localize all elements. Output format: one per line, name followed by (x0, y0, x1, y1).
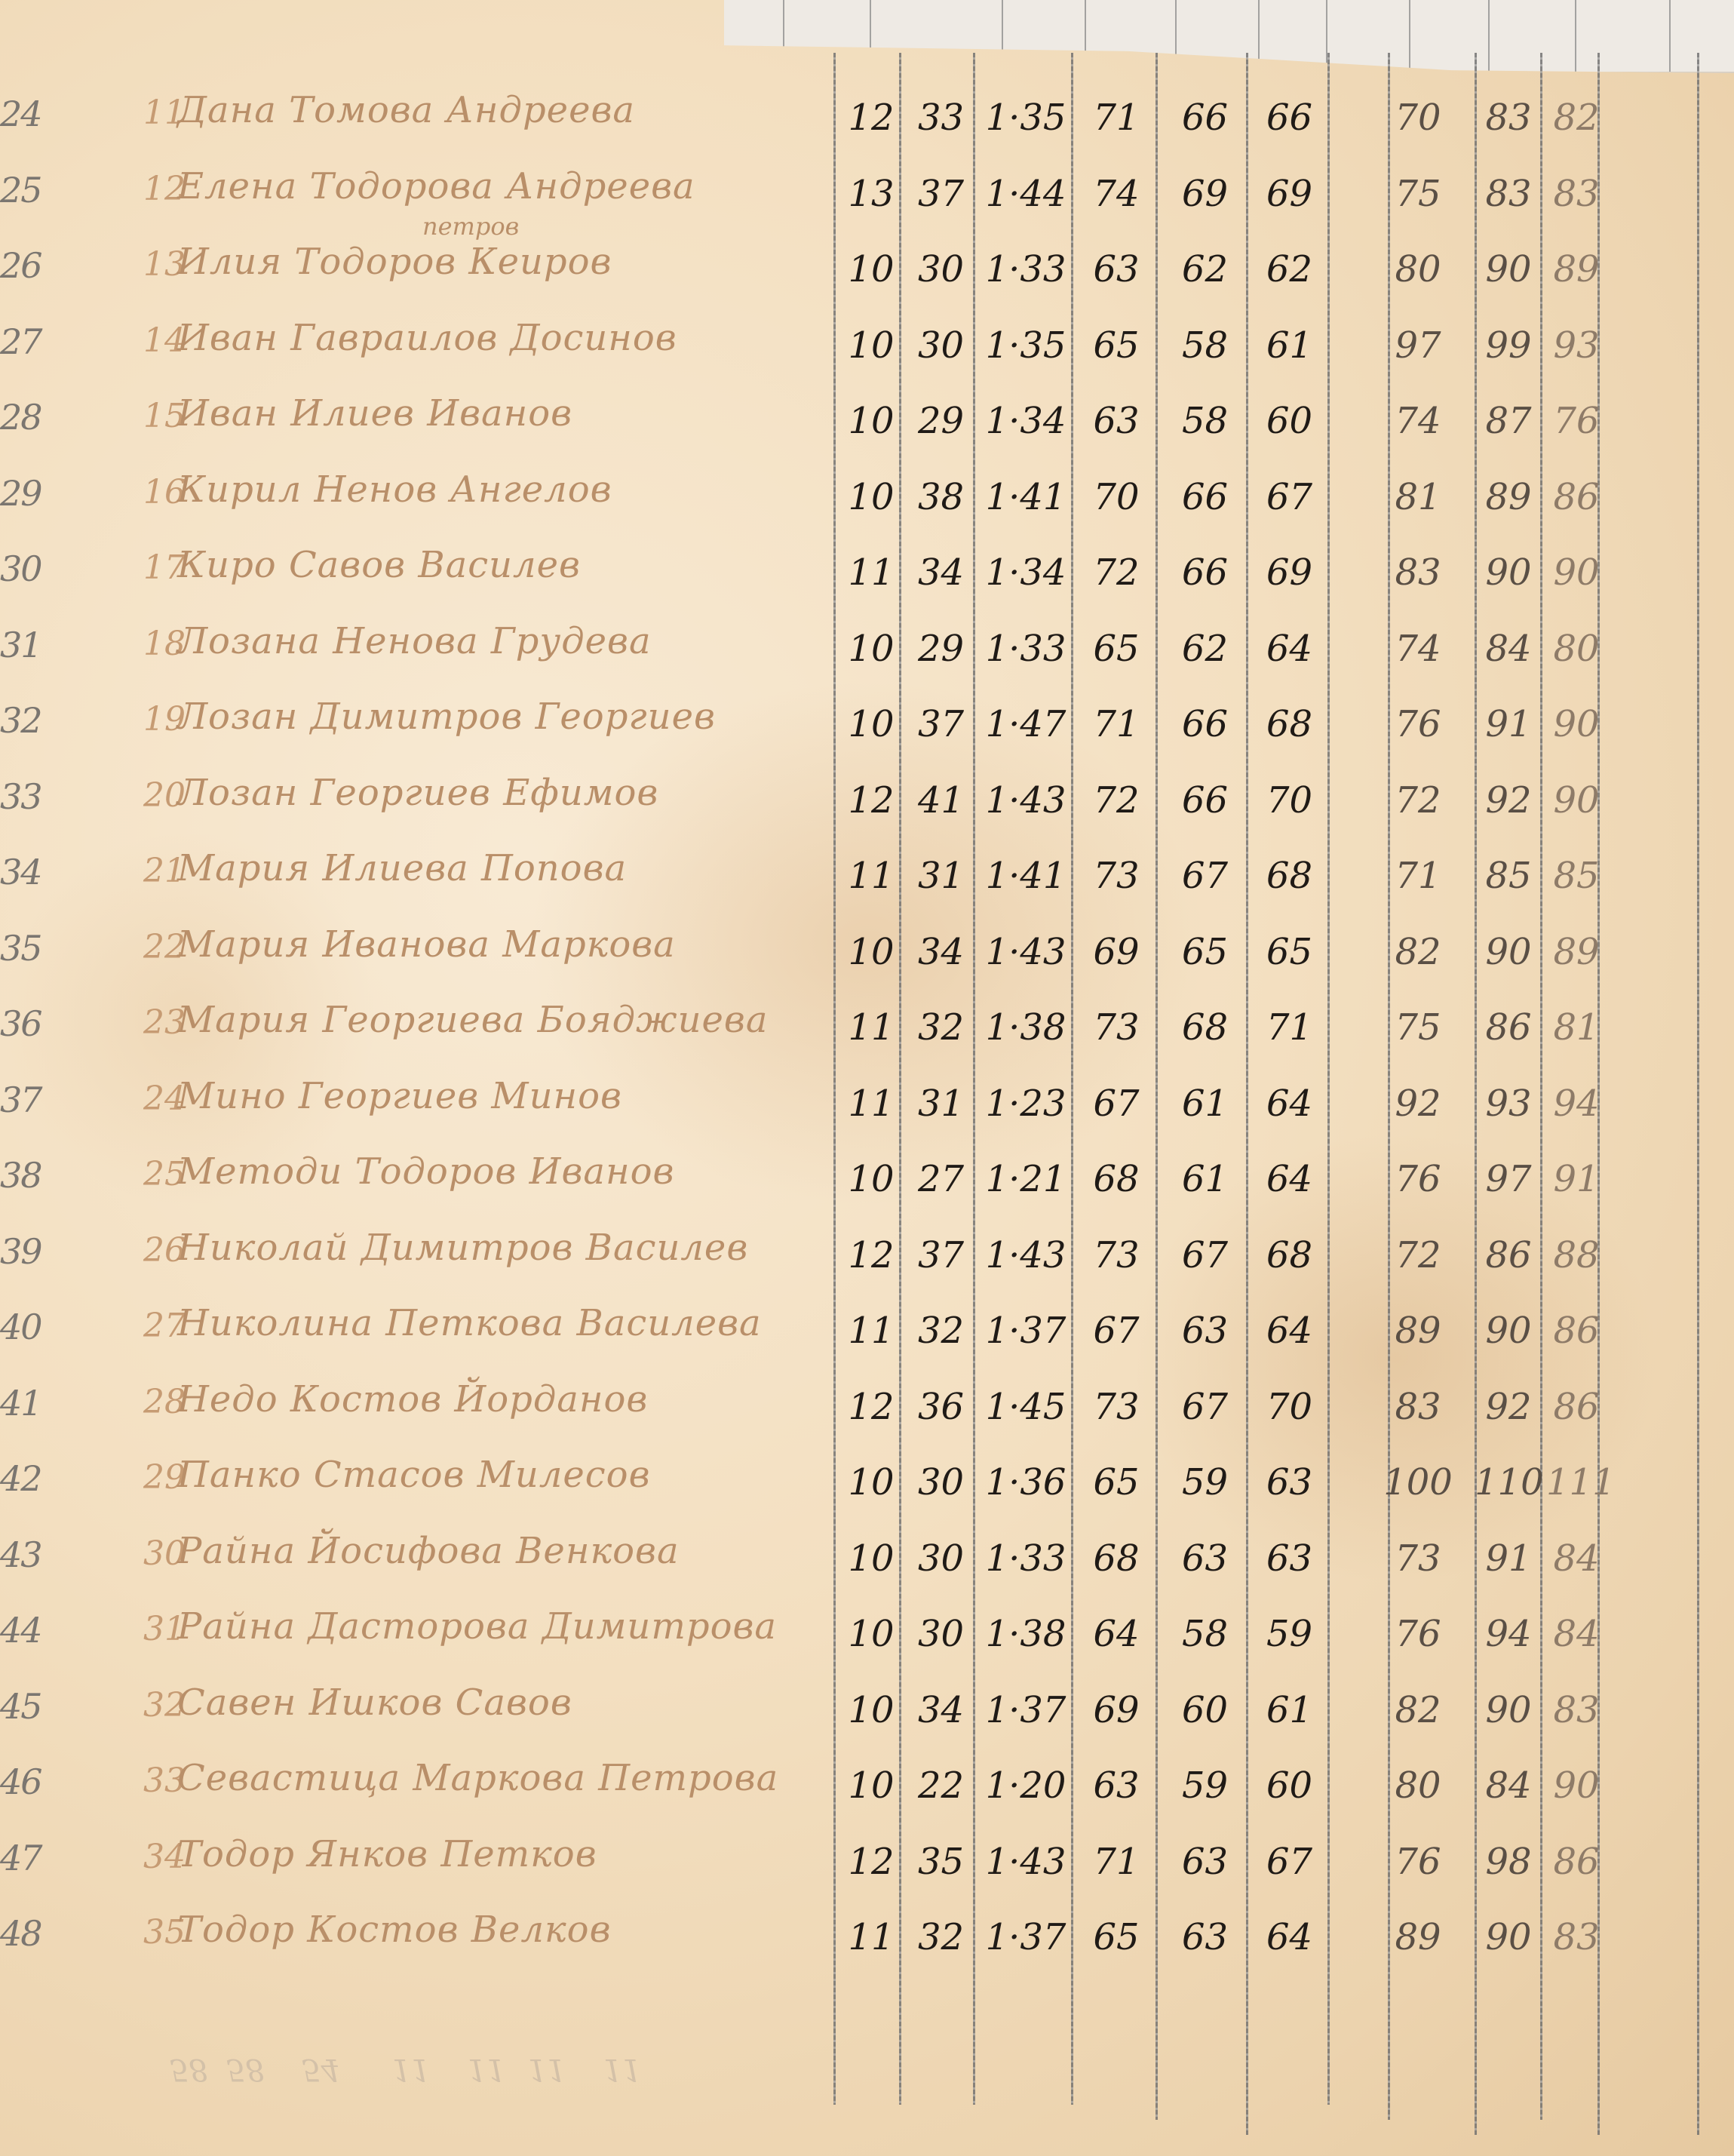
student-name: Иван Гавраилов Досинов (177, 317, 677, 359)
pencil-row-number: 36 (0, 1003, 68, 1044)
score-cell-c7: 75 (1365, 1006, 1471, 1049)
pencil-row-number: 27 (0, 321, 68, 362)
student-name: Недо Костов Йорданов (177, 1378, 648, 1420)
table-row: 4633Севастица Маркова Петрова10221·20635… (0, 1751, 1734, 1823)
score-cell-c7: 89 (1365, 1310, 1471, 1352)
score-cell-c7: 76 (1365, 1158, 1471, 1200)
score-cell-c2: 32 (909, 1310, 973, 1352)
score-cell-c2: 32 (909, 1916, 973, 1958)
score-cell-c8: 92 (1475, 779, 1542, 822)
score-cell-c3: 1·41 (981, 855, 1071, 897)
score-cell-c9: 84 (1546, 1613, 1607, 1655)
pencil-row-number: 37 (0, 1080, 68, 1120)
score-cell-c2: 41 (909, 779, 973, 822)
student-name: Елена Тодорова Андреева (177, 165, 695, 207)
score-cell-c6: 60 (1254, 1764, 1325, 1807)
pencil-row-number: 35 (0, 928, 68, 969)
score-cell-c5: 67 (1165, 1234, 1244, 1276)
score-cell-c2: 34 (909, 1689, 973, 1731)
score-cell-c2: 38 (909, 476, 973, 518)
score-cell-c7: 82 (1365, 931, 1471, 973)
table-row: 3421Мария Илиева Попова11311·41736768718… (0, 841, 1734, 914)
score-cell-c5: 66 (1165, 97, 1244, 139)
score-cell-c7: 83 (1365, 551, 1471, 594)
score-cell-c9: 86 (1546, 1841, 1607, 1883)
score-cell-c6: 70 (1254, 779, 1325, 822)
score-cell-c5: 66 (1165, 703, 1244, 745)
table-row: 4532Савен Ишков Савов10341·3769606182908… (0, 1675, 1734, 1748)
score-cell-c6: 63 (1254, 1537, 1325, 1580)
ghost-digit: 58 (226, 2052, 265, 2087)
table-row: 3522Мария Иванова Маркова10341·436965658… (0, 917, 1734, 990)
score-cell-c1: 10 (841, 628, 901, 670)
score-cell-c7: 72 (1365, 1234, 1471, 1276)
pencil-row-number: 47 (0, 1838, 68, 1878)
score-cell-c9: 82 (1546, 97, 1607, 139)
score-cell-c5: 62 (1165, 628, 1244, 670)
score-cell-c6: 64 (1254, 1083, 1325, 1125)
table-row: 4835Тодор Костов Велков11321·37656364899… (0, 1903, 1734, 1975)
student-name: Лозан Георгиев Ефимов (177, 772, 658, 814)
score-cell-c7: 72 (1365, 779, 1471, 822)
score-cell-c5: 66 (1165, 476, 1244, 518)
score-cell-c3: 1·21 (981, 1158, 1071, 1200)
pencil-row-number: 28 (0, 397, 68, 438)
score-cell-c4: 68 (1079, 1158, 1154, 1200)
table-row: 2512Елена Тодорова Андреева13371·4474696… (0, 159, 1734, 232)
score-cell-c9: 84 (1546, 1537, 1607, 1580)
score-cell-c9: 94 (1546, 1083, 1607, 1125)
score-cell-c1: 10 (841, 1764, 901, 1807)
score-cell-c5: 63 (1165, 1537, 1244, 1580)
score-cell-c9: 81 (1546, 1006, 1607, 1049)
score-cell-c5: 67 (1165, 1386, 1244, 1428)
score-cell-c1: 10 (841, 400, 901, 442)
score-cell-c1: 10 (841, 1537, 901, 1580)
score-cell-c1: 10 (841, 1613, 901, 1655)
score-cell-c7: 83 (1365, 1386, 1471, 1428)
score-cell-c7: 80 (1365, 1764, 1471, 1807)
student-name: Тодор Костов Велков (177, 1909, 612, 1951)
score-cell-c6: 61 (1254, 1689, 1325, 1731)
score-cell-c6: 67 (1254, 1841, 1325, 1883)
score-cell-c3: 1·38 (981, 1613, 1071, 1655)
score-cell-c3: 1·37 (981, 1689, 1071, 1731)
ghost-digit: 54 (302, 2052, 340, 2087)
score-cell-c1: 12 (841, 1841, 901, 1883)
score-cell-c8: 83 (1475, 173, 1542, 215)
header-cell (1580, 0, 1671, 72)
score-cell-c5: 60 (1165, 1689, 1244, 1731)
table-row: 2916Кирил Ненов Ангелов10381·41706667818… (0, 462, 1734, 535)
score-cell-c8: 98 (1475, 1841, 1542, 1883)
score-cell-c6: 64 (1254, 1310, 1325, 1352)
score-cell-c8: 91 (1475, 1537, 1542, 1580)
score-cell-c6: 59 (1254, 1613, 1325, 1655)
score-cell-c7: 80 (1365, 248, 1471, 290)
score-cell-c3: 1·36 (981, 1461, 1071, 1503)
score-cell-c7: 76 (1365, 1841, 1471, 1883)
pencil-row-number: 42 (0, 1458, 68, 1499)
score-cell-c9: 83 (1546, 173, 1607, 215)
score-cell-c8: 94 (1475, 1613, 1542, 1655)
score-cell-c1: 12 (841, 1386, 901, 1428)
table-row: 4128Недо Костов Йорданов12361·4573677083… (0, 1372, 1734, 1445)
pencil-row-number: 32 (0, 700, 68, 741)
score-cell-c8: 90 (1475, 931, 1542, 973)
score-cell-c7: 100 (1365, 1461, 1471, 1503)
score-cell-c4: 71 (1079, 97, 1154, 139)
score-cell-c2: 29 (909, 400, 973, 442)
score-cell-c1: 11 (841, 1310, 901, 1352)
score-cell-c7: 74 (1365, 400, 1471, 442)
score-cell-c5: 61 (1165, 1083, 1244, 1125)
score-cell-c4: 63 (1079, 1764, 1154, 1807)
score-cell-c7: 82 (1365, 1689, 1471, 1731)
score-cell-c8: 99 (1475, 324, 1542, 367)
score-cell-c9: 89 (1546, 248, 1607, 290)
score-cell-c7: 74 (1365, 628, 1471, 670)
ghost-digit: 11 (392, 2052, 431, 2087)
pencil-row-number: 45 (0, 1686, 68, 1727)
table-row: 3926Николай Димитров Василев12371·437367… (0, 1221, 1734, 1293)
score-cell-c2: 31 (909, 1083, 973, 1125)
table-row: 3118Лозана Ненова Грудева10291·336562647… (0, 614, 1734, 686)
score-cell-c9: 83 (1546, 1916, 1607, 1958)
score-cell-c2: 37 (909, 1234, 973, 1276)
pencil-row-number: 48 (0, 1913, 68, 1954)
score-cell-c4: 73 (1079, 1006, 1154, 1049)
score-cell-c3: 1·34 (981, 400, 1071, 442)
score-cell-c6: 68 (1254, 1234, 1325, 1276)
score-cell-c9: 88 (1546, 1234, 1607, 1276)
score-cell-c9: 111 (1546, 1461, 1607, 1503)
pencil-row-number: 43 (0, 1534, 68, 1575)
score-cell-c7: 81 (1365, 476, 1471, 518)
score-cell-c2: 29 (909, 628, 973, 670)
score-cell-c2: 30 (909, 1461, 973, 1503)
table-row: 3219Лозан Димитров Георгиев10371·4771666… (0, 689, 1734, 762)
score-cell-c9: 86 (1546, 476, 1607, 518)
score-cell-c7: 76 (1365, 1613, 1471, 1655)
student-name: Николай Димитров Василев (177, 1227, 748, 1269)
pencil-row-number: 40 (0, 1307, 68, 1347)
score-cell-c8: 87 (1475, 400, 1542, 442)
student-name: Дана Томова Андреева (177, 89, 635, 131)
score-cell-c4: 71 (1079, 1841, 1154, 1883)
pencil-row-number: 33 (0, 776, 68, 817)
score-cell-c5: 58 (1165, 1613, 1244, 1655)
pencil-row-number: 29 (0, 473, 68, 514)
score-cell-c1: 12 (841, 1234, 901, 1276)
header-cell (1407, 0, 1490, 72)
student-name: Кирo Савов Василев (177, 544, 581, 586)
score-cell-c6: 65 (1254, 931, 1325, 973)
header-cell (1256, 0, 1327, 72)
table-row: 3623Мария Георгиева Бояджиева11321·38736… (0, 993, 1734, 1065)
score-cell-c7: 71 (1365, 855, 1471, 897)
score-cell-c8: 92 (1475, 1386, 1542, 1428)
score-cell-c1: 10 (841, 1461, 901, 1503)
score-cell-c1: 11 (841, 551, 901, 594)
score-cell-c2: 32 (909, 1006, 973, 1049)
score-cell-c7: 97 (1365, 324, 1471, 367)
score-cell-c3: 1·33 (981, 628, 1071, 670)
student-name: Николина Петкова Василева (177, 1302, 762, 1344)
table-row: 2411Дана Томова Андреева12331·3571666670… (0, 83, 1734, 155)
score-cell-c3: 1·33 (981, 1537, 1071, 1580)
student-name: Севастица Маркова Петрова (177, 1757, 778, 1799)
score-cell-c6: 64 (1254, 628, 1325, 670)
score-cell-c7: 75 (1365, 173, 1471, 215)
score-cell-c8: 90 (1475, 1689, 1542, 1731)
score-cell-c3: 1·43 (981, 1234, 1071, 1276)
score-cell-c7: 70 (1365, 97, 1471, 139)
score-cell-c4: 65 (1079, 1461, 1154, 1503)
score-cell-c4: 63 (1079, 248, 1154, 290)
score-cell-c9: 93 (1546, 324, 1607, 367)
score-cell-c1: 10 (841, 1158, 901, 1200)
score-cell-c6: 66 (1254, 97, 1325, 139)
score-cell-c4: 65 (1079, 628, 1154, 670)
score-cell-c1: 12 (841, 779, 901, 822)
score-cell-c9: 90 (1546, 779, 1607, 822)
score-cell-c9: 86 (1546, 1310, 1607, 1352)
score-cell-c8: 91 (1475, 703, 1542, 745)
score-cell-c4: 69 (1079, 931, 1154, 973)
student-name: Райна Дасторова Димитрова (177, 1605, 777, 1648)
table-row: 4229Панко Стасов Милесов10301·3665596310… (0, 1448, 1734, 1520)
header-cell (1335, 0, 1410, 72)
score-cell-c8: 93 (1475, 1083, 1542, 1125)
score-cell-c9: 86 (1546, 1386, 1607, 1428)
ghost-digit: 11 (603, 2052, 642, 2087)
score-cell-c6: 61 (1254, 324, 1325, 367)
score-cell-c5: 63 (1165, 1310, 1244, 1352)
score-cell-c8: 97 (1475, 1158, 1542, 1200)
student-name: Иван Илиев Иванов (177, 392, 572, 435)
header-cell (905, 0, 1003, 72)
score-cell-c2: 34 (909, 551, 973, 594)
score-cell-c6: 60 (1254, 400, 1325, 442)
student-name: Мария Иванова Маркова (177, 923, 676, 966)
pencil-row-number: 26 (0, 245, 68, 286)
student-name: Илия Тодоров Кеиров (177, 241, 612, 283)
score-cell-c9: 76 (1546, 400, 1607, 442)
score-cell-c8: 83 (1475, 97, 1542, 139)
score-cell-c1: 13 (841, 173, 901, 215)
score-cell-c3: 1·43 (981, 779, 1071, 822)
score-cell-c1: 10 (841, 476, 901, 518)
student-name: Райна Йосифова Венкова (177, 1530, 680, 1572)
pencil-row-number: 31 (0, 625, 68, 665)
score-cell-c2: 22 (909, 1764, 973, 1807)
score-cell-c4: 72 (1079, 779, 1154, 822)
score-cell-c5: 61 (1165, 1158, 1244, 1200)
score-cell-c4: 72 (1079, 551, 1154, 594)
score-cell-c8: 84 (1475, 1764, 1542, 1807)
score-cell-c8: 86 (1475, 1234, 1542, 1276)
score-cell-c4: 68 (1079, 1537, 1154, 1580)
score-cell-c6: 69 (1254, 551, 1325, 594)
pencil-row-number: 30 (0, 548, 68, 589)
score-cell-c6: 68 (1254, 855, 1325, 897)
score-cell-c2: 37 (909, 703, 973, 745)
score-cell-c5: 63 (1165, 1916, 1244, 1958)
score-cell-c3: 1·20 (981, 1764, 1071, 1807)
student-name: Мино Георгиев Минов (177, 1075, 622, 1117)
score-cell-c4: 69 (1079, 1689, 1154, 1731)
score-cell-c9: 90 (1546, 551, 1607, 594)
score-cell-c8: 90 (1475, 551, 1542, 594)
score-cell-c1: 11 (841, 1916, 901, 1958)
pencil-row-number: 38 (0, 1155, 68, 1196)
pencil-row-number: 25 (0, 170, 68, 210)
pencil-row-number: 41 (0, 1383, 68, 1424)
table-row: 3320Лозан Георгиев Ефимов12411·437266707… (0, 766, 1734, 838)
score-cell-c3: 1·23 (981, 1083, 1071, 1125)
pencil-row-number: 24 (0, 94, 68, 134)
score-cell-c2: 33 (909, 97, 973, 139)
score-cell-c3: 1·34 (981, 551, 1071, 594)
score-cell-c2: 27 (909, 1158, 973, 1200)
score-cell-c4: 67 (1079, 1083, 1154, 1125)
pencil-row-number: 44 (0, 1610, 68, 1651)
score-cell-c5: 62 (1165, 248, 1244, 290)
score-cell-c5: 59 (1165, 1764, 1244, 1807)
score-cell-c5: 65 (1165, 931, 1244, 973)
header-cell (1192, 0, 1260, 72)
score-cell-c6: 63 (1254, 1461, 1325, 1503)
score-cell-c2: 35 (909, 1841, 973, 1883)
score-cell-c1: 11 (841, 855, 901, 897)
score-cell-c1: 11 (841, 1006, 901, 1049)
score-cell-c9: 90 (1546, 1764, 1607, 1807)
score-cell-c9: 90 (1546, 703, 1607, 745)
score-cell-c5: 67 (1165, 855, 1244, 897)
score-cell-c9: 89 (1546, 931, 1607, 973)
table-row: 3017Кирo Савов Василев11341·347266698390… (0, 538, 1734, 610)
score-cell-c5: 66 (1165, 779, 1244, 822)
score-cell-c4: 74 (1079, 173, 1154, 215)
table-row: 4734Тодор Янков Петков12351·437163677698… (0, 1827, 1734, 1900)
score-cell-c3: 1·33 (981, 248, 1071, 290)
score-cell-c6: 69 (1254, 173, 1325, 215)
score-cell-c9: 80 (1546, 628, 1607, 670)
student-name: Лозан Димитров Георгиев (177, 696, 716, 738)
score-cell-c2: 37 (909, 173, 973, 215)
pencil-row-number: 46 (0, 1761, 68, 1802)
score-cell-c7: 89 (1365, 1916, 1471, 1958)
score-cell-c3: 1·47 (981, 703, 1071, 745)
score-cell-c9: 83 (1546, 1689, 1607, 1731)
score-cell-c6: 67 (1254, 476, 1325, 518)
ghost-digit: 11 (528, 2052, 566, 2087)
score-cell-c5: 68 (1165, 1006, 1244, 1049)
score-cell-c5: 63 (1165, 1841, 1244, 1883)
score-cell-c5: 59 (1165, 1461, 1244, 1503)
table-row: 2815Иван Илиев Иванов10291·3463586074877… (0, 386, 1734, 459)
score-cell-c4: 73 (1079, 1234, 1154, 1276)
score-cell-c5: 66 (1165, 551, 1244, 594)
score-cell-c2: 30 (909, 324, 973, 367)
score-cell-c8: 85 (1475, 855, 1542, 897)
table-row: 4330Райна Йосифова Венкова10301·33686363… (0, 1524, 1734, 1596)
score-cell-c6: 62 (1254, 248, 1325, 290)
score-cell-c7: 92 (1365, 1083, 1471, 1125)
score-cell-c1: 10 (841, 703, 901, 745)
score-cell-c1: 10 (841, 1689, 901, 1731)
score-cell-c3: 1·35 (981, 97, 1071, 139)
score-cell-c4: 73 (1079, 855, 1154, 897)
score-cell-c2: 34 (909, 931, 973, 973)
score-cell-c4: 67 (1079, 1310, 1154, 1352)
score-cell-c7: 73 (1365, 1537, 1471, 1580)
score-cell-c3: 1·35 (981, 324, 1071, 367)
score-cell-c4: 71 (1079, 703, 1154, 745)
score-cell-c1: 11 (841, 1083, 901, 1125)
score-cell-c6: 64 (1254, 1916, 1325, 1958)
score-cell-c2: 36 (909, 1386, 973, 1428)
score-cell-c8: 90 (1475, 248, 1542, 290)
score-cell-c8: 110 (1475, 1461, 1542, 1503)
score-cell-c3: 1·37 (981, 1916, 1071, 1958)
student-name: Тодор Янков Петков (177, 1833, 597, 1875)
score-cell-c8: 86 (1475, 1006, 1542, 1049)
header-cell (1094, 0, 1177, 72)
score-cell-c2: 30 (909, 1613, 973, 1655)
score-cell-c9: 91 (1546, 1158, 1607, 1200)
score-cell-c6: 64 (1254, 1158, 1325, 1200)
score-cell-c2: 30 (909, 1537, 973, 1580)
score-cell-c4: 63 (1079, 400, 1154, 442)
header-cell (1493, 0, 1576, 72)
score-cell-c6: 68 (1254, 703, 1325, 745)
header-cell (1003, 0, 1086, 72)
score-cell-c6: 70 (1254, 1386, 1325, 1428)
score-cell-c8: 90 (1475, 1310, 1542, 1352)
score-cell-c3: 1·38 (981, 1006, 1071, 1049)
score-cell-c8: 89 (1475, 476, 1542, 518)
table-row: 3724Мино Георгиев Минов11311·23676164929… (0, 1069, 1734, 1141)
pencil-row-number: 39 (0, 1231, 68, 1272)
table-row: 3825Методи Тодоров Иванов10271·216861647… (0, 1144, 1734, 1217)
student-name: Кирил Ненов Ангелов (177, 468, 612, 511)
score-cell-c3: 1·43 (981, 931, 1071, 973)
pencil-row-number: 34 (0, 852, 68, 892)
table-row: 4027Николина Петкова Василева11321·37676… (0, 1296, 1734, 1368)
score-cell-c5: 69 (1165, 173, 1244, 215)
score-cell-c3: 1·41 (981, 476, 1071, 518)
score-cell-c4: 65 (1079, 1916, 1154, 1958)
header-cell (739, 0, 784, 72)
student-name: Савен Ишков Савов (177, 1681, 572, 1724)
table-row: 2714Иван Гавраилов Досинов10301·35655861… (0, 311, 1734, 383)
score-cell-c3: 1·44 (981, 173, 1071, 215)
score-cell-c8: 90 (1475, 1916, 1542, 1958)
table-row: 4431Райна Дасторова Димитрова10301·38645… (0, 1599, 1734, 1672)
score-cell-c2: 31 (909, 855, 973, 897)
score-cell-c3: 1·45 (981, 1386, 1071, 1428)
score-cell-c3: 1·37 (981, 1310, 1071, 1352)
interlinear-correction: петров (422, 212, 519, 241)
score-cell-c6: 71 (1254, 1006, 1325, 1049)
score-cell-c1: 12 (841, 97, 901, 139)
score-cell-c3: 1·43 (981, 1841, 1071, 1883)
ghost-digit: 11 (468, 2052, 506, 2087)
score-cell-c4: 70 (1079, 476, 1154, 518)
student-name: Мария Илиева Попова (177, 847, 627, 889)
